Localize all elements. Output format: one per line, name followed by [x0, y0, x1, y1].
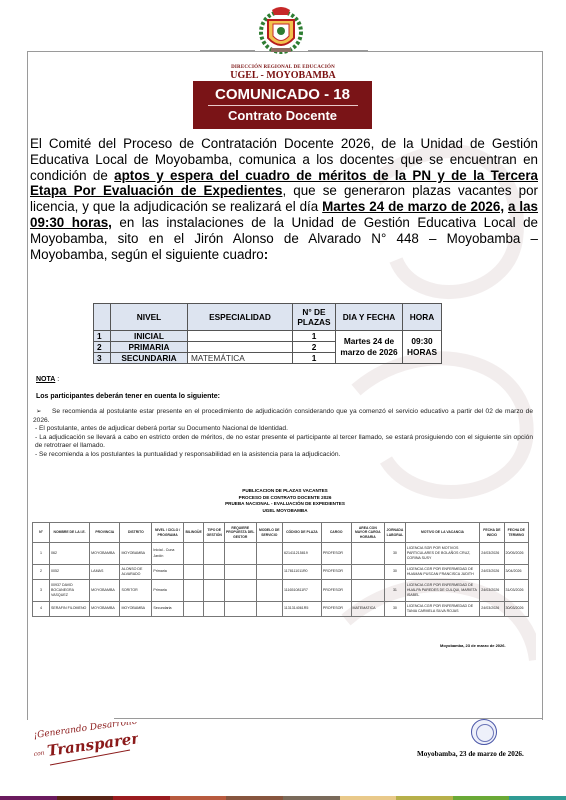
slogan-logo: ¡Generando Desarrollo con Transparencia! [28, 722, 138, 770]
comunicado-banner: COMUNICADO - 18 Contrato Docente [193, 81, 372, 129]
column-header: MOTIVO DE LA VACANCIA [405, 523, 479, 543]
plazas-summary-table: NIVEL ESPECIALIDAD N° DEPLAZAS DIA Y FEC… [93, 303, 442, 364]
nota-item: - La adjudicación se llevará a cabo en e… [33, 434, 533, 451]
colorbar-segment [113, 796, 170, 800]
vacantes-date: Moyobamba, 23 de marzo de 2026. [440, 643, 506, 648]
col-especialidad: ESPECIALIDAD [188, 304, 293, 331]
official-seal-icon [471, 719, 497, 745]
colorbar-segment [396, 796, 453, 800]
column-header: DISTRITO [120, 523, 152, 543]
table-row: 4SERAFIN FILOMENOMOYOBAMBAMOYOBAMBASecun… [33, 602, 529, 617]
nota-item: - El postulante, antes de adjudicar debe… [33, 425, 533, 434]
arrow-bullet-icon: ➢ [33, 408, 52, 417]
vacantes-title: PUBLICACION DE PLAZAS VACANTES PROCESO D… [180, 488, 390, 515]
col-nplazas: N° DEPLAZAS [293, 304, 336, 331]
column-header: AREA CON MAYOR CARGA HORARIA [351, 523, 385, 543]
column-header: CÓDIGO DE PLAZA [283, 523, 322, 543]
colorbar-segment [170, 796, 227, 800]
column-header: N° [33, 523, 50, 543]
nota-intro: Los participantes deberán tener en cuent… [36, 393, 220, 400]
column-header: PROVINCIA [90, 523, 120, 543]
col-hora: HORA [403, 304, 442, 331]
colorbar-segment [509, 796, 566, 800]
column-header: NIVEL / CICLO / PROGRAMA [152, 523, 183, 543]
vacantes-table: N°NOMBRE DE LA I.E.PROVINCIADISTRITONIVE… [32, 522, 529, 617]
column-header: MODELO DE SERVICIO [256, 523, 283, 543]
colorbar-segment [57, 796, 114, 800]
announcement-paragraph: El Comité del Proceso de Contratación Do… [30, 136, 538, 262]
colorbar-segment [0, 796, 57, 800]
colorbar-segment [283, 796, 340, 800]
hora-cell: 09:30HORAS [403, 331, 442, 364]
announcement-body: El Comité del Proceso de Contratación Do… [30, 136, 538, 262]
nota-heading: NOTA : [36, 376, 59, 383]
nota-list: ➢Se recomienda al postulante estar prese… [33, 408, 533, 460]
col-nivel: NIVEL [111, 304, 188, 331]
signature-date: Moyobamba, 23 de marzo de 2026. [417, 750, 524, 758]
table-row: 1062MOYOBAMBAMOYOBAMBAInicial - Cuna Jar… [33, 543, 529, 565]
colorbar-segment [453, 796, 510, 800]
table-row: 1 INICIAL 1 Martes 24 demarzo de 2026 09… [94, 331, 442, 342]
adjudication-date: Martes 24 de marzo de 2026, [322, 199, 504, 214]
institution-heading: DIRECCIÓN REGIONAL DE EDUCACIÓN UGEL - M… [0, 65, 566, 81]
table-row: 300937 DAVID BOCANEGRA VASQUEZMOYOBAMBAS… [33, 580, 529, 602]
table-row: 20052LAMASALONSO DE ALVARADOPrimaria1178… [33, 565, 529, 580]
col-fecha: DIA Y FECHA [336, 304, 403, 331]
nota-item: - Se recomienda a los postulantes la pun… [33, 451, 533, 460]
column-header: TIPO DE GESTIÓN [204, 523, 225, 543]
header-line-right [308, 50, 368, 51]
column-header: REQUIERE PROPUESTA DEL GESTOR [225, 523, 256, 543]
svg-text:con: con [33, 750, 45, 758]
frame-bottom-border [114, 718, 542, 719]
column-header: CARGO [321, 523, 351, 543]
column-header: BILINGÜE [183, 523, 204, 543]
column-header: FECHA DE INICIO [480, 523, 504, 543]
institution-name: UGEL - MOYOBAMBA [0, 70, 566, 81]
colorbar-segment [226, 796, 283, 800]
table-header-row: N°NOMBRE DE LA I.E.PROVINCIADISTRITONIVE… [33, 523, 529, 543]
banner-title: COMUNICADO - 18 [193, 81, 372, 103]
table-header-row: NIVEL ESPECIALIDAD N° DEPLAZAS DIA Y FEC… [94, 304, 442, 331]
column-header: JORNADA LABORAL [385, 523, 406, 543]
footer-colorbar [0, 796, 566, 800]
coat-of-arms-icon [254, 4, 308, 58]
header-line-left [200, 50, 255, 51]
column-header: NOMBRE DE LA I.E. [50, 523, 90, 543]
fecha-cell: Martes 24 demarzo de 2026 [336, 331, 403, 364]
banner-subtitle: Contrato Docente [193, 106, 372, 125]
colorbar-segment [340, 796, 397, 800]
nota-item: ➢Se recomienda al postulante estar prese… [33, 408, 533, 425]
column-header: FECHA DE TERMINO [504, 523, 528, 543]
col-n [94, 304, 111, 331]
